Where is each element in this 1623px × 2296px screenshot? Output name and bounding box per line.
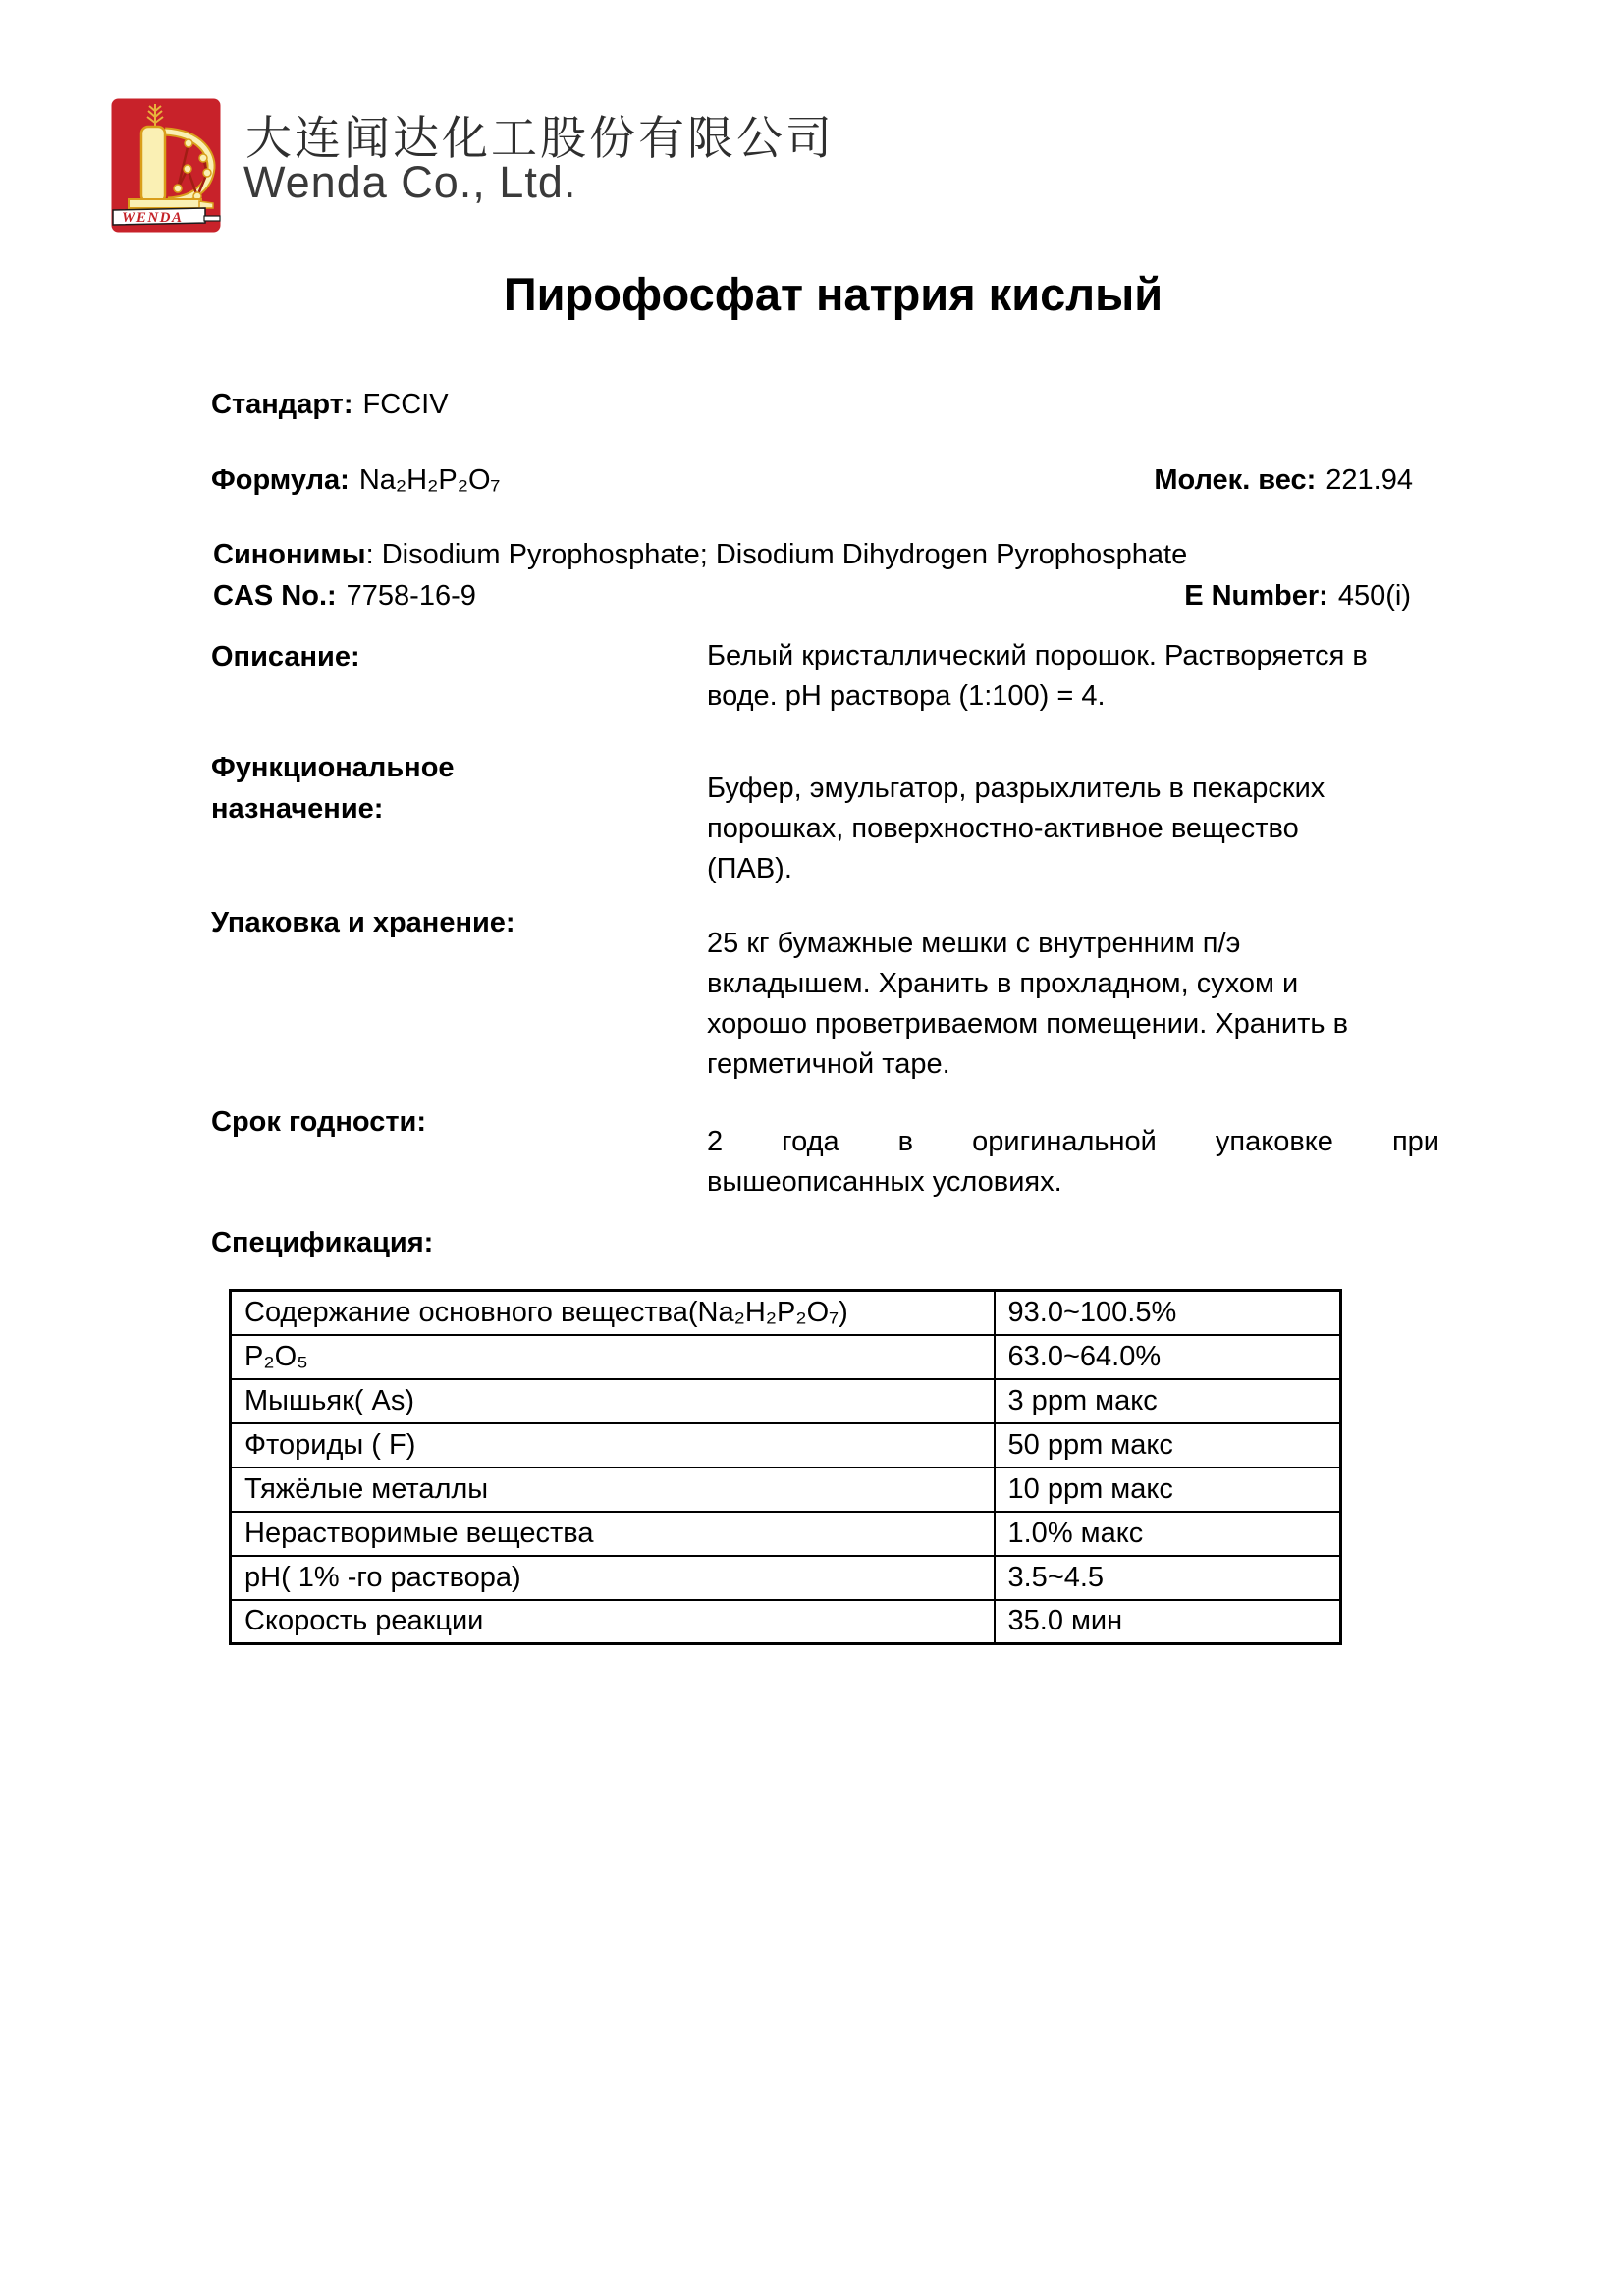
- paragraph-line: хорошо проветриваемом помещении. Хранить…: [707, 1004, 1348, 1044]
- spec-param-cell: Фториды ( F): [231, 1423, 995, 1468]
- shelf-life-label: Срок годности:: [211, 1101, 623, 1143]
- e-number-field: E Number:450(i): [1184, 576, 1411, 616]
- paragraph-line: Белый кристаллический порошок. Растворяе…: [707, 636, 1368, 676]
- formula-field: Формула:Na₂H₂P₂O₇: [211, 460, 500, 501]
- paragraph-line: вышеописанных условиях.: [707, 1162, 1439, 1202]
- cas-value: 7758-16-9: [347, 580, 476, 612]
- company-logo: WENDA: [111, 98, 221, 233]
- standard-label: Стандарт:: [211, 389, 353, 420]
- paragraph-line: Буфер, эмульгатор, разрыхлитель в пекарс…: [707, 769, 1325, 809]
- spec-param-cell: Содержание основного вещества(Na₂H₂P₂O₇): [231, 1291, 995, 1335]
- spec-value-cell: 35.0 мин: [995, 1600, 1341, 1644]
- table-row: P₂O₅ 63.0~64.0%: [231, 1335, 1341, 1379]
- spec-value-cell: 10 ppm макс: [995, 1468, 1341, 1512]
- paragraph-line: воде. pH раствора (1:100) = 4.: [707, 676, 1368, 717]
- spec-value-cell: 63.0~64.0%: [995, 1335, 1341, 1379]
- mol-weight-field: Молек. вес:221.94: [1154, 460, 1413, 501]
- functional-text: Буфер, эмульгатор, разрыхлитель в пекарс…: [707, 769, 1325, 889]
- table-row: Мышьяк( As) 3 ppm макс: [231, 1379, 1341, 1423]
- wenda-logo-icon: WENDA: [111, 98, 221, 233]
- spec-value-cell: 3.5~4.5: [995, 1556, 1341, 1600]
- cas-label: CAS No.:: [213, 580, 337, 612]
- paragraph-line: порошках, поверхностно-активное вещество: [707, 809, 1325, 849]
- shelf-life-text: 2 года в оригинальной упаковке при вышео…: [707, 1122, 1439, 1202]
- spec-param-cell: Нерастворимые вещества: [231, 1512, 995, 1556]
- e-number-value: 450(i): [1338, 580, 1411, 612]
- spec-value-cell: 50 ppm макс: [995, 1423, 1341, 1468]
- table-row: Тяжёлые металлы 10 ppm макс: [231, 1468, 1341, 1512]
- cas-field: CAS No.:7758-16-9: [213, 576, 476, 616]
- paragraph-line: герметичной таре.: [707, 1044, 1348, 1085]
- table-row: pH( 1% -го раствора) 3.5~4.5: [231, 1556, 1341, 1600]
- table-row: Фториды ( F) 50 ppm макс: [231, 1423, 1341, 1468]
- synonyms-field: Синонимы: Disodium Pyrophosphate; Disodi…: [213, 535, 1187, 575]
- description-label: Описание:: [211, 636, 623, 677]
- specification-table: Содержание основного вещества(Na₂H₂P₂O₇)…: [229, 1289, 1342, 1645]
- specification-heading: Спецификация:: [211, 1227, 433, 1259]
- packaging-text: 25 кг бумажные мешки с внутренним п/э вк…: [707, 924, 1348, 1085]
- spec-value-cell: 1.0% макс: [995, 1512, 1341, 1556]
- spec-param-cell: Скорость реакции: [231, 1600, 995, 1644]
- table-row: Нерастворимые вещества 1.0% макс: [231, 1512, 1341, 1556]
- e-number-label: E Number:: [1184, 580, 1328, 612]
- table-row: Скорость реакции 35.0 мин: [231, 1600, 1341, 1644]
- functional-label: Функциональное назначение:: [211, 747, 535, 829]
- spec-param-cell: pH( 1% -го раствора): [231, 1556, 995, 1600]
- spec-value-cell: 93.0~100.5%: [995, 1291, 1341, 1335]
- document-title: Пирофосфат натрия кислый: [0, 267, 1623, 321]
- spec-param-cell: Мышьяк( As): [231, 1379, 995, 1423]
- spec-param-cell: P₂O₅: [231, 1335, 995, 1379]
- spec-param-cell: Тяжёлые металлы: [231, 1468, 995, 1512]
- synonyms-value: : Disodium Pyrophosphate; Disodium Dihyd…: [366, 539, 1188, 570]
- company-name-en: Wenda Co., Ltd.: [243, 157, 576, 208]
- description-text: Белый кристаллический порошок. Растворяе…: [707, 636, 1368, 717]
- document-page: WENDA 大连闻达化工股份有限公司 Wenda Co., Ltd. Пироф…: [0, 0, 1623, 2296]
- formula-label: Формула:: [211, 464, 350, 496]
- spec-value-cell: 3 ppm макс: [995, 1379, 1341, 1423]
- paragraph-line: вкладышем. Хранить в прохладном, сухом и: [707, 964, 1348, 1004]
- paragraph-line: (ПАВ).: [707, 849, 1325, 889]
- wenda-banner-text: WENDA: [122, 210, 184, 226]
- synonyms-label: Синонимы: [213, 539, 366, 570]
- paragraph-line: 2 года в оригинальной упаковке при: [707, 1122, 1439, 1162]
- mol-weight-value: 221.94: [1325, 464, 1413, 496]
- paragraph-line: 25 кг бумажные мешки с внутренним п/э: [707, 924, 1348, 964]
- formula-value: Na₂H₂P₂O₇: [359, 464, 501, 496]
- packaging-label: Упаковка и хранение:: [211, 902, 663, 943]
- standard-field: Стандарт:FCCIV: [211, 385, 449, 425]
- standard-value: FCCIV: [363, 389, 449, 420]
- table-row: Содержание основного вещества(Na₂H₂P₂O₇)…: [231, 1291, 1341, 1335]
- mol-weight-label: Молек. вес:: [1154, 464, 1316, 496]
